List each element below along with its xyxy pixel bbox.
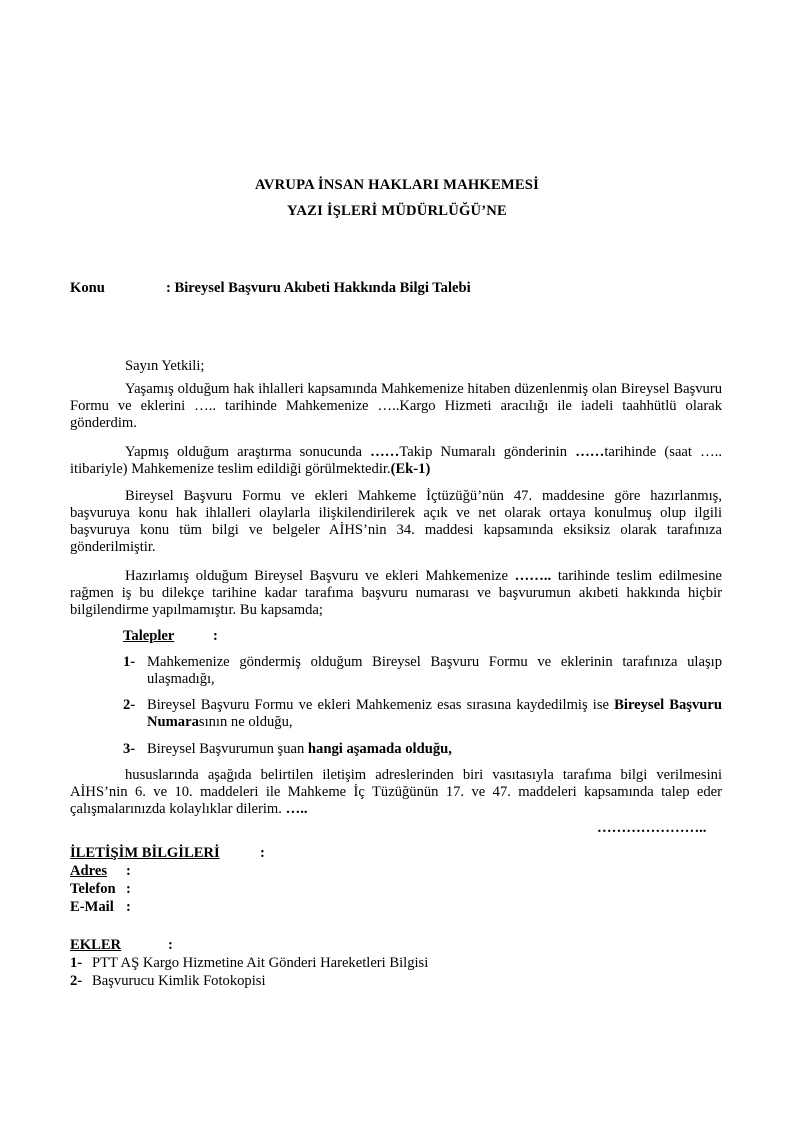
no-response-text-1: Hazırlamış olduğum Bireysel Başvuru ve e… bbox=[125, 568, 515, 584]
attachments-heading-colon: : bbox=[168, 937, 173, 953]
contact-heading-label: İLETİŞİM BİLGİLERİ bbox=[70, 845, 260, 862]
requests-heading-colon: : bbox=[213, 628, 218, 644]
request-text-part: Bireysel Başvuru Formu ve ekleri Mahkeme… bbox=[147, 697, 614, 713]
contact-field-address: Adres: bbox=[70, 863, 131, 880]
phone-sep: : bbox=[126, 881, 131, 897]
request-item: 2- Bireysel Başvuru Formu ve ekleri Mahk… bbox=[123, 697, 722, 731]
attachment-item: 1-PTT AŞ Kargo Hizmetine Ait Gönderi Har… bbox=[70, 955, 428, 972]
delivery-date-placeholder: …… bbox=[575, 444, 604, 460]
contact-heading: İLETİŞİM BİLGİLERİ: bbox=[70, 845, 265, 862]
attachment-text: PTT AŞ Kargo Hizmetine Ait Gönderi Harek… bbox=[92, 955, 428, 971]
paragraph-closing: hususlarında aşağıda belirtilen iletişim… bbox=[70, 767, 722, 818]
attachments-heading: EKLER: bbox=[70, 937, 173, 954]
request-number: 1- bbox=[123, 654, 135, 671]
contact-field-email: E-Mail: bbox=[70, 899, 131, 916]
address-sep: : bbox=[126, 863, 131, 879]
tracking-text-1: Yapmış olduğum araştırma sonucunda bbox=[125, 444, 370, 460]
signature-placeholder: ………………….. bbox=[597, 820, 706, 837]
request-text-part: sının ne olduğu, bbox=[199, 714, 293, 730]
request-text-part: Bireysel Başvurumun şuan bbox=[147, 741, 308, 757]
request-text: Mahkemenize göndermiş olduğum Bireysel B… bbox=[147, 654, 722, 688]
request-text: Bireysel Başvuru Formu ve ekleri Mahkeme… bbox=[147, 697, 722, 731]
addressee-line-2: YAZI İŞLERİ MÜDÜRLÜĞÜ’NE bbox=[0, 203, 794, 220]
paragraph-no-response: Hazırlamış olduğum Bireysel Başvuru ve e… bbox=[70, 568, 722, 619]
closing-text: hususlarında aşağıda belirtilen iletişim… bbox=[70, 767, 722, 817]
request-item: 3- Bireysel Başvurumun şuan hangi aşamad… bbox=[123, 741, 722, 758]
tracking-text-2: Takip Numaralı gönderinin bbox=[399, 444, 575, 460]
date-placeholder: …….. bbox=[515, 568, 551, 584]
email-label: E-Mail bbox=[70, 899, 126, 916]
subject-value: : Bireysel Başvuru Akıbeti Hakkında Bilg… bbox=[166, 280, 471, 296]
paragraph-tracking: Yapmış olduğum araştırma sonucunda ……Tak… bbox=[70, 444, 722, 478]
contact-heading-colon: : bbox=[260, 845, 265, 861]
attachments-heading-label: EKLER bbox=[70, 937, 168, 954]
request-text-bold: hangi aşamada olduğu, bbox=[308, 741, 452, 757]
attachment-reference: (Ek-1) bbox=[391, 461, 431, 477]
paragraph-shipment: Yaşamış olduğum hak ihlalleri kapsamında… bbox=[70, 381, 722, 432]
requests-heading: Talepler: bbox=[123, 628, 218, 645]
salutation: Sayın Yetkili; bbox=[125, 358, 204, 375]
addressee-line-1: AVRUPA İNSAN HAKLARI MAHKEMESİ bbox=[0, 177, 794, 194]
tracking-number-placeholder: …… bbox=[370, 444, 399, 460]
contact-field-phone: Telefon: bbox=[70, 881, 131, 898]
request-number: 2- bbox=[123, 697, 135, 714]
attachment-number: 2- bbox=[70, 973, 92, 990]
attachment-item: 2-Başvurucu Kimlik Fotokopisi bbox=[70, 973, 266, 990]
email-sep: : bbox=[126, 899, 131, 915]
request-text: Bireysel Başvurumun şuan hangi aşamada o… bbox=[147, 741, 722, 758]
subject-line: Konu: Bireysel Başvuru Akıbeti Hakkında … bbox=[70, 280, 471, 297]
subject-label: Konu bbox=[70, 280, 166, 297]
request-number: 3- bbox=[123, 741, 135, 758]
requests-heading-label: Talepler bbox=[123, 628, 213, 645]
attachment-text: Başvurucu Kimlik Fotokopisi bbox=[92, 973, 266, 989]
closing-dots: ….. bbox=[286, 801, 308, 817]
phone-label: Telefon bbox=[70, 881, 126, 898]
request-item: 1- Mahkemenize göndermiş olduğum Bireyse… bbox=[123, 654, 722, 688]
attachment-number: 1- bbox=[70, 955, 92, 972]
paragraph-compliance: Bireysel Başvuru Formu ve ekleri Mahkeme… bbox=[70, 488, 722, 556]
address-label: Adres bbox=[70, 863, 126, 880]
